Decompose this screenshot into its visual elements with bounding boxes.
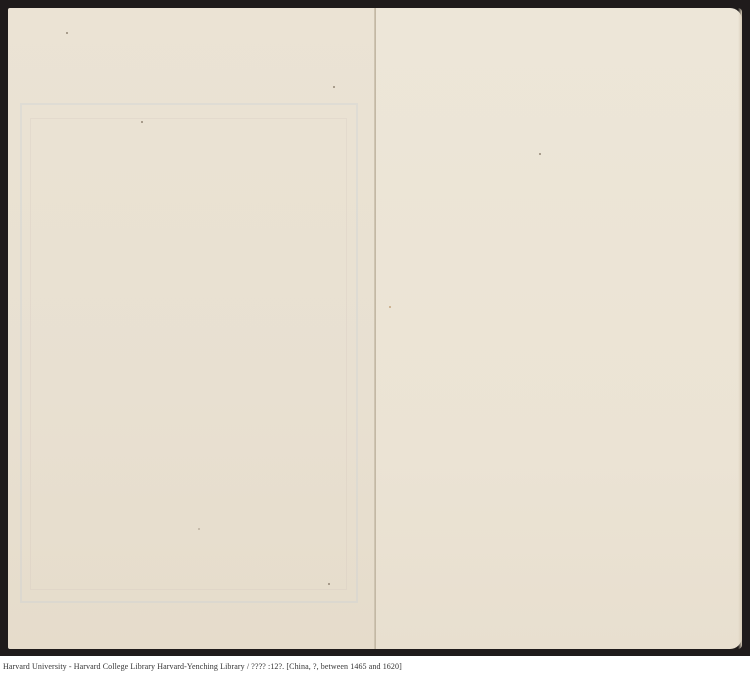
- bleed-through-inner-frame: [30, 118, 347, 590]
- paper-speck: [333, 86, 335, 88]
- paper-speck: [198, 528, 200, 530]
- paper-speck: [141, 121, 143, 123]
- paper-speck: [66, 32, 68, 34]
- scanned-book-spread: [0, 0, 750, 656]
- paper-speck: [389, 306, 391, 308]
- left-page: [8, 8, 375, 649]
- footer-caption: Harvard University - Harvard College Lib…: [3, 662, 402, 671]
- paper-speck: [328, 583, 330, 585]
- page-edge: [738, 8, 742, 649]
- paper-speck: [539, 153, 541, 155]
- right-page: [376, 8, 742, 649]
